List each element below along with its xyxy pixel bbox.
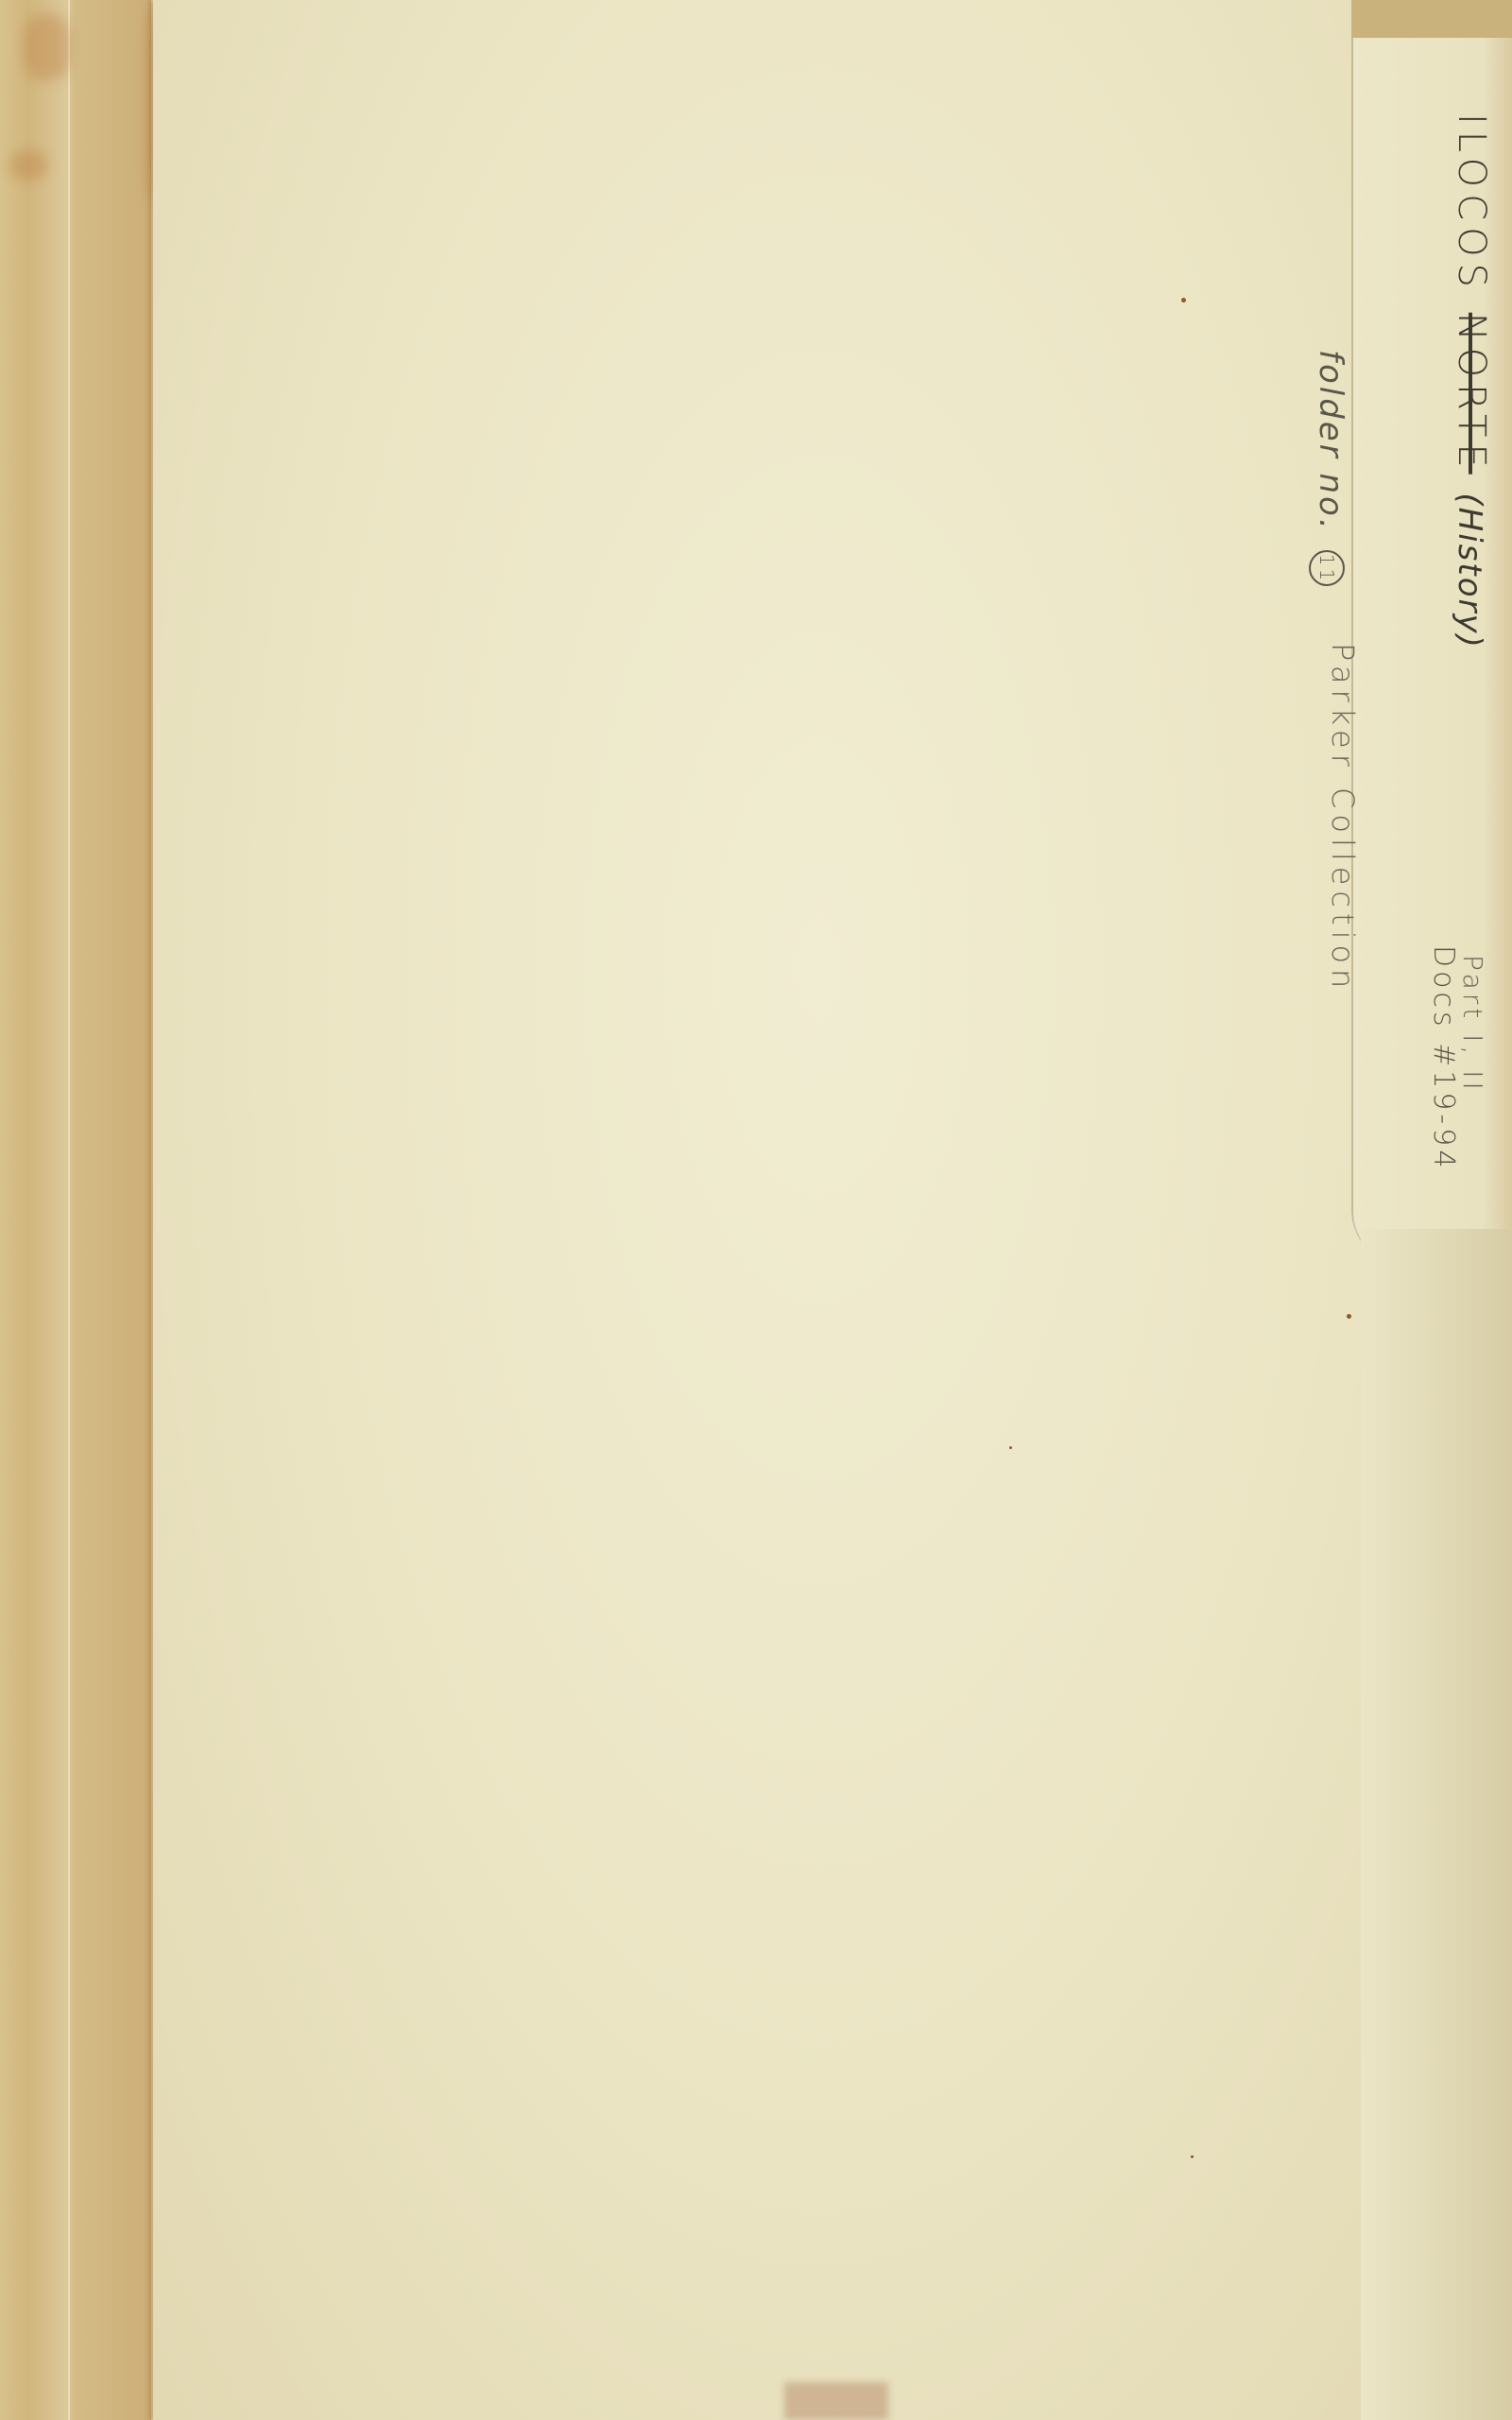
water-stain xyxy=(24,14,71,80)
folder-number-label: folder no. 11 xyxy=(1309,350,1349,586)
collection-label: Parker Collection xyxy=(1325,643,1361,994)
tab-title: ILOCOS NORTE (History) xyxy=(1450,113,1493,649)
water-stain xyxy=(9,151,47,180)
folder-label-text: folder no. xyxy=(1312,350,1349,532)
tab-title-suffix: (History) xyxy=(1451,493,1488,649)
paper-speck xyxy=(1181,298,1186,302)
paper-speck xyxy=(1009,1446,1012,1449)
docs-range-label: Docs #19-94 xyxy=(1427,945,1460,1171)
folder-spine xyxy=(0,0,156,2420)
folder-front-cover xyxy=(153,0,1363,2420)
spine-crease xyxy=(68,0,70,2420)
part-label: Part I, II xyxy=(1457,955,1488,1094)
bottom-stain xyxy=(784,2382,888,2420)
paper-speck xyxy=(1191,2155,1194,2158)
folder-right-edge xyxy=(1361,1229,1512,2420)
tab-title-prefix: ILOCOS xyxy=(1450,113,1493,294)
paper-speck xyxy=(1347,1314,1351,1319)
tab-title-struck: NORTE xyxy=(1450,313,1493,475)
folder-number-circled: 11 xyxy=(1309,550,1345,586)
